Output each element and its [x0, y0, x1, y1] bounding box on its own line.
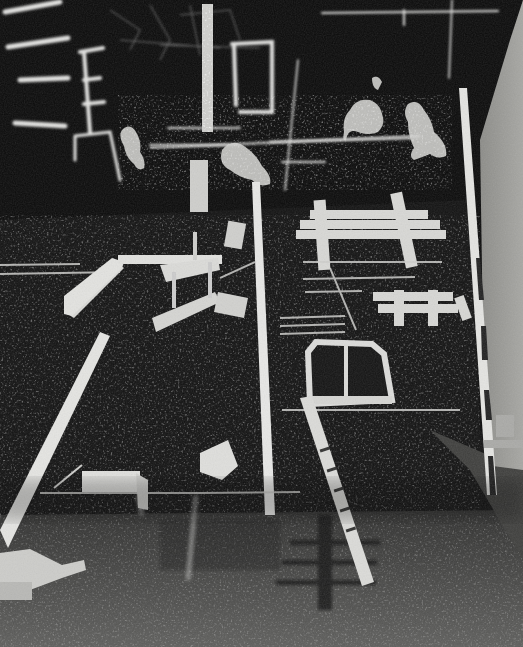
- scene-drawing: [0, 0, 523, 647]
- photograph: Long-exposure black-and-white photograph…: [0, 0, 523, 647]
